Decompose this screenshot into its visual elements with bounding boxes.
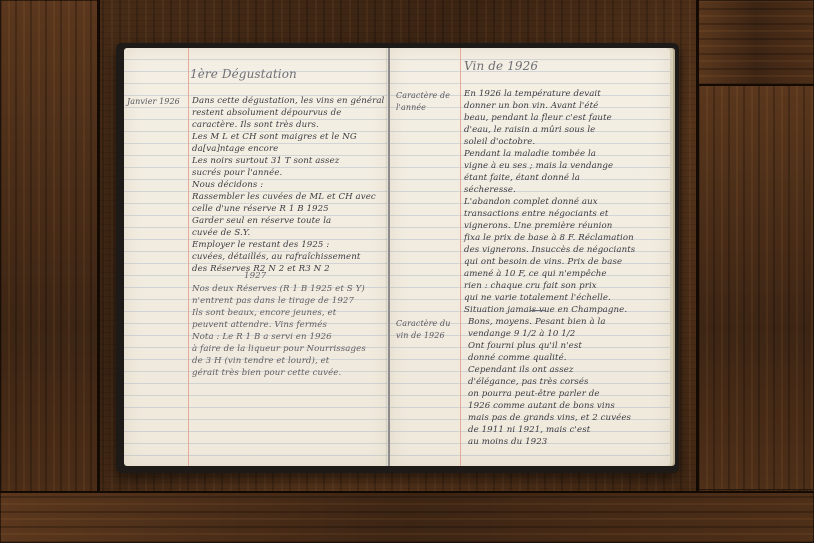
wood-seam [696,0,699,493]
wood-seam [0,491,814,493]
left-entry-1: Dans cette dégustation, les vins en géné… [192,95,388,275]
margin-line [460,48,461,466]
wood-seam [698,84,814,86]
left-entry-2: Nos deux Réserves (R 1 B 1925 et S Y) n'… [192,283,388,379]
wood-seam [97,0,100,493]
separator-dash [530,310,546,311]
notebook-right-page: Vin de 1926 Caractère de l'année En 1926… [390,48,670,466]
wood-plank-left [0,0,98,543]
right-page-heading: Vin de 1926 [464,60,538,72]
right-entry-1: En 1926 la température devait donner un … [464,88,668,316]
right-margin-note-1: Caractère de l'année [396,90,458,114]
left-entry-year: 1927 [244,270,266,282]
wood-plank-right [698,85,814,490]
wood-plank-bottom [0,492,814,543]
left-margin-date: Janvier 1926 [127,96,187,108]
margin-line [188,48,189,466]
right-entry-2: Bons, moyens. Pesant bien à la vendange … [468,316,668,448]
wood-plank-top-right [698,0,814,85]
notebook-left-page: 1ère Dégustation Janvier 1926 Dans cette… [124,48,388,466]
right-margin-note-2: Caractère du vin de 1926 [396,318,458,342]
left-page-heading: 1ère Dégustation [190,68,297,80]
